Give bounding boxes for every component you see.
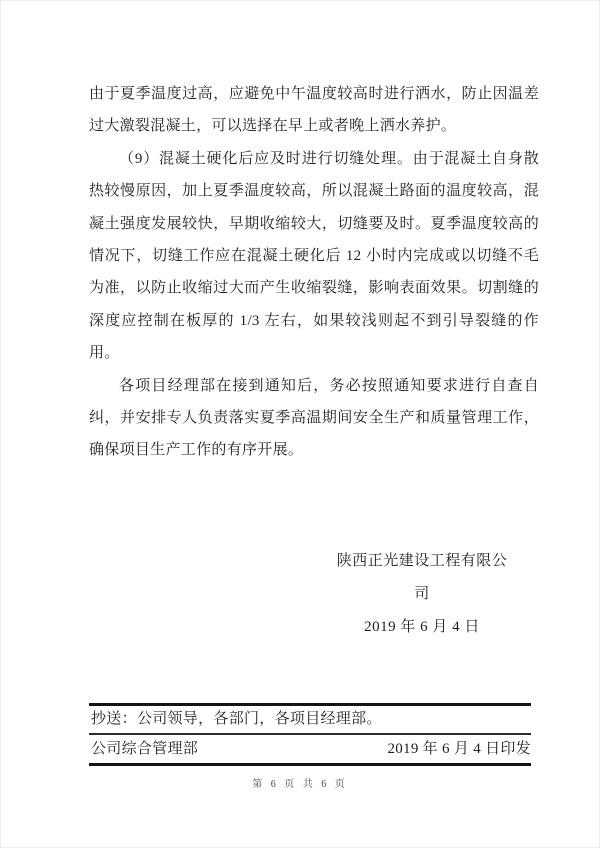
document-body: 由于夏季温度过高，应避免中午温度较高时进行洒水，防止因温差过大激裂混凝土，可以选…: [89, 78, 539, 467]
paragraph-self-inspection: 各项目经理部在接到通知后，务必按照通知要求进行自查自纠，并安排专人负责落实夏季高…: [89, 370, 539, 467]
footer-issue-date: 2019 年 6 月 4 日印发: [387, 735, 531, 763]
footer-table: 抄送：公司领导，各部门，各项目经理部。 公司综合管理部 2019 年 6 月 4…: [89, 703, 531, 766]
footer-cc-row: 抄送：公司领导，各部门，各项目经理部。: [89, 706, 531, 735]
footer-issuer: 公司综合管理部: [91, 735, 198, 763]
document-page: 由于夏季温度过高，应避免中午温度较高时进行洒水，防止因温差过大激裂混凝土，可以选…: [0, 0, 600, 848]
signature-company-name: 陕西正光建设工程有限公司: [331, 545, 513, 611]
signature-block: 陕西正光建设工程有限公司 2019 年 6 月 4 日: [331, 545, 513, 644]
paragraph-watering-care: 由于夏季温度过高，应避免中午温度较高时进行洒水，防止因温差过大激裂混凝土，可以选…: [89, 78, 539, 143]
paragraph-joint-cutting: （9）混凝土硬化后应及时进行切缝处理。由于混凝土自身散热较慢原因，加上夏季温度较…: [89, 143, 539, 370]
footer-issue-row: 公司综合管理部 2019 年 6 月 4 日印发: [89, 735, 531, 766]
signature-date: 2019 年 6 月 4 日: [331, 611, 513, 644]
page-number: 第 6 页 共 6 页: [1, 779, 599, 791]
